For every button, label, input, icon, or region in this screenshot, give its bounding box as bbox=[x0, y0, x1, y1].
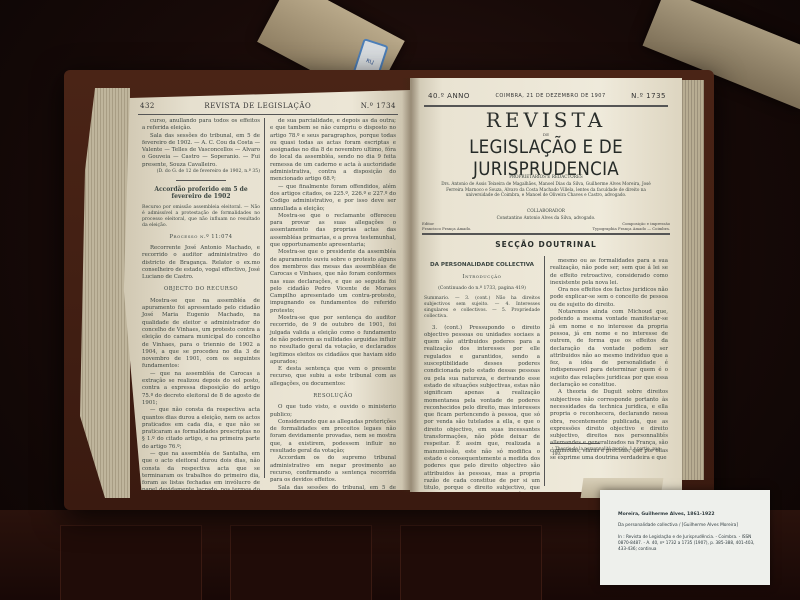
header-rule bbox=[138, 114, 398, 115]
decision-summary: Recurso por omissão assembleia eleitoral… bbox=[142, 205, 260, 229]
shelf-panel bbox=[230, 525, 372, 600]
date-note: (D. do G. de 12 de fevereiro de 1902, n.… bbox=[142, 169, 260, 175]
left-page: 432 REVISTA DE LEGISLAÇÃO N.º 1734 curso… bbox=[118, 90, 410, 490]
divider bbox=[176, 180, 226, 181]
column-divider bbox=[264, 118, 265, 478]
shelf-panel bbox=[60, 525, 202, 600]
paragraph: E desta sentença que vem o presente recu… bbox=[270, 366, 396, 388]
left-page-column-1: curso, anullando para todos os effeitos … bbox=[142, 118, 260, 490]
year-label: 40.º ANNO bbox=[428, 92, 470, 100]
masthead-footer-values: Francisco França Amado. Typographia Fran… bbox=[422, 226, 670, 231]
left-running-head: 432 REVISTA DE LEGISLAÇÃO N.º 1734 bbox=[140, 102, 396, 110]
paragraph: Mostra-se que por sentença do auditor re… bbox=[270, 315, 396, 366]
editor-name: Francisco França Amado. bbox=[422, 226, 471, 231]
paragraph: de sua parcialidade, e depois as da outr… bbox=[270, 118, 396, 184]
section-heading: SECÇÃO DOUTRINAL bbox=[410, 240, 682, 249]
paragraph: Ora nos effeitos dos factos juridicos nã… bbox=[550, 287, 668, 309]
right-page-column-2: mesmo ou as formalidades para a sua real… bbox=[550, 258, 668, 462]
article-summary: Summario. — 3. (cont.) Não ha direitos s… bbox=[424, 296, 540, 320]
paragraph: Recorrente José Antonio Machado, e recor… bbox=[142, 245, 260, 281]
paragraph: curso, anullando para todos os effeitos … bbox=[142, 118, 260, 133]
page-number: 432 bbox=[140, 102, 155, 110]
process-number: Processo n.º 11:074 bbox=[142, 234, 260, 241]
label-title: Da personalidade collectiva / [Guilherme… bbox=[618, 523, 760, 528]
paragraph: Accordam os do supremo tribunal administ… bbox=[270, 455, 396, 484]
paragraph: — que na assembléa de Carocas a extração… bbox=[142, 371, 260, 407]
section-title: RESOLUÇÃO bbox=[270, 393, 396, 400]
column-divider bbox=[544, 256, 545, 486]
article-title: DA PERSONALIDADE COLLECTIVA bbox=[424, 262, 540, 269]
running-title: REVISTA DE LEGISLAÇÃO bbox=[204, 102, 311, 110]
label-citation: In : Revista de Legislação e de Jurispru… bbox=[618, 534, 760, 552]
book-gutter bbox=[402, 78, 420, 492]
page-edges-left bbox=[80, 88, 130, 498]
header-rule bbox=[424, 105, 668, 107]
footnote-rule bbox=[550, 443, 600, 444]
paragraph: Mostra-se que o reclamante offereceu par… bbox=[270, 213, 396, 249]
shelf-panel bbox=[400, 525, 542, 600]
collaborator-label: COLLABORADOR bbox=[420, 208, 672, 214]
masthead-rule bbox=[422, 233, 670, 235]
catalogue-label-card: Moreira, Guilherme Alves, 1861-1922 Da p… bbox=[600, 490, 770, 585]
printer-name: Typographia França Amado — Coimbra. bbox=[593, 226, 670, 231]
footnote: ¹ Theorie de la personnalité morale, 1.ª… bbox=[552, 446, 662, 456]
left-page-column-2: de sua parcialidade, e depois as da outr… bbox=[270, 118, 396, 490]
paragraph: Notaremos ainda com Michoud que, podendo… bbox=[550, 309, 668, 389]
paragraph: — que finalmente foram offendidos, além … bbox=[270, 184, 396, 213]
label-author: Moreira, Guilherme Alves, 1861-1922 bbox=[618, 512, 760, 517]
decision-heading: Accordão proferido em 5 de fevereiro de … bbox=[142, 186, 260, 201]
paragraph: — que na assembléa de Santalha, em que o… bbox=[142, 451, 260, 490]
paragraph: Considerando que as allegadas preteriçõe… bbox=[270, 419, 396, 455]
dateline: COIMBRA, 21 DE DEZEMBRO DE 1907 bbox=[495, 93, 605, 99]
right-running-head: 40.º ANNO COIMBRA, 21 DE DEZEMBRO DE 190… bbox=[428, 92, 666, 100]
paragraph: O que tudo visto, e ouvido o ministerio … bbox=[270, 404, 396, 419]
proprietors-label: PROPRIETARIOS E REDACTORES bbox=[420, 174, 672, 180]
continued-note: (Continuado do n.º 1733, pagina 419) bbox=[424, 286, 540, 292]
right-page-column-1: DA PERSONALIDADE COLLECTIVA Introducção … bbox=[424, 258, 540, 492]
paragraph: Mostra-se que na assembléa de apuramento… bbox=[142, 298, 260, 371]
paragraph: mesmo ou as formalidades para a sua real… bbox=[550, 258, 668, 287]
proprietors-list: Drs. Antonio de Assis Teixeira de Magalh… bbox=[438, 181, 654, 198]
issue-number: N.º 1734 bbox=[361, 102, 396, 110]
section-title: OBJECTO DO RECURSO bbox=[142, 286, 260, 293]
masthead-revista: REVISTA bbox=[410, 108, 682, 132]
exhibit-scene: RLJ 432 REVISTA DE LEGISLAÇÃO N.º 1734 c… bbox=[0, 0, 800, 600]
article-subtitle: Introducção bbox=[424, 274, 540, 281]
paragraph: 3. (cont.) Pressupondo o direito objecti… bbox=[424, 325, 540, 492]
paragraph: — que não consta da respectiva acta quan… bbox=[142, 407, 260, 451]
paragraph: Mostra-se que o presidente da assembléa … bbox=[270, 249, 396, 315]
collaborator-name: Constantino Antonio Alves da Silva, advo… bbox=[420, 215, 672, 221]
paragraph: Sala das sessões do tribunal, em 5 de fe… bbox=[142, 133, 260, 169]
issue-number: N.º 1735 bbox=[631, 92, 666, 100]
paragraph: Sala das sessões do tribunal, em 5 de fe… bbox=[270, 485, 396, 490]
right-page: 40.º ANNO COIMBRA, 21 DE DEZEMBRO DE 190… bbox=[410, 78, 682, 492]
